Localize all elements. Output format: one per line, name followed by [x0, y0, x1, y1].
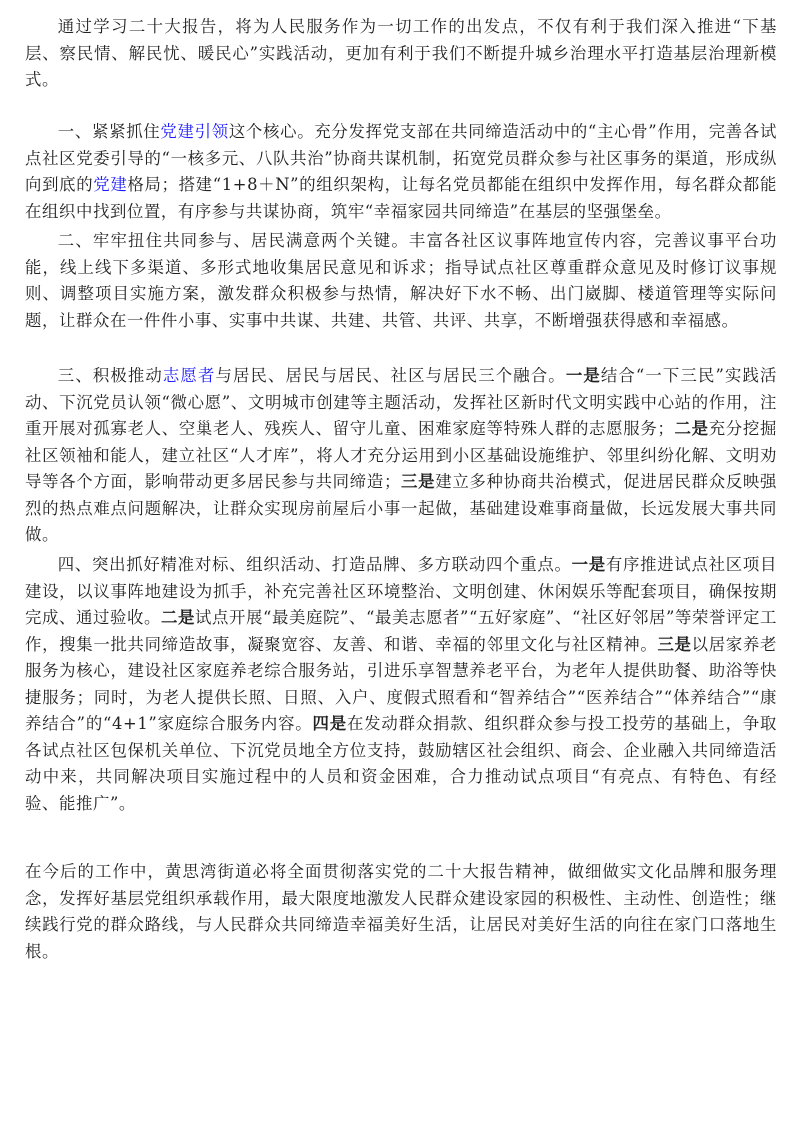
paragraph-section-3: 三、积极推动志愿者与居民、居民与居民、社区与居民三个融合。一是结合“一下三民”实…	[25, 363, 777, 549]
bold-marker: 二是	[161, 608, 195, 627]
keyword-link-party-building[interactable]: 党建	[93, 175, 127, 194]
paragraph-intro: 通过学习二十大报告，将为人民服务作为一切工作的出发点，不仅有利于我们深入推进“下…	[25, 14, 777, 94]
text-segment: 与居民、居民与居民、社区与居民三个融合。	[215, 366, 565, 385]
keyword-link-party-building-leading[interactable]: 党建引领	[160, 122, 228, 141]
paragraph-section-1: 一、紧紧抓住党建引领这个核心。充分发挥党支部在共同缔造活动中的“主心骨”作用，完…	[25, 119, 777, 225]
text-segment: 在今后的工作中，黄思湾街道必将全面贯彻落实党的二十大报告精神，做细做实文化品牌和…	[25, 862, 777, 961]
text-segment: 二、牢牢扭住共同参与、居民满意两个关键。丰富各社区议事阵地宣传内容，完善议事平台…	[25, 231, 777, 330]
text-segment: 格局；搭建“1+8＋N”的组织架构，让每名党员都能在组织中发挥作用，每名群众都能…	[25, 175, 777, 221]
bold-marker: 三是	[657, 635, 691, 654]
paragraph-conclusion: 在今后的工作中，黄思湾街道必将全面贯彻落实党的二十大报告精神，做细做实文化品牌和…	[25, 859, 777, 965]
bold-marker: 三是	[401, 472, 435, 491]
bold-marker: 一是	[572, 555, 606, 574]
bold-marker: 四是	[313, 714, 347, 733]
text-segment: 一、紧紧抓住	[58, 122, 161, 141]
keyword-link-volunteer[interactable]: 志愿者	[163, 366, 216, 385]
paragraph-section-2: 二、牢牢扭住共同参与、居民满意两个关键。丰富各社区议事阵地宣传内容，完善议事平台…	[25, 228, 777, 334]
text-segment: 三、积极推动	[58, 366, 163, 385]
text-segment: 四、突出抓好精准对标、组织活动、打造品牌、多方联动四个重点。	[58, 555, 572, 574]
bold-marker: 一是	[566, 366, 601, 385]
paragraph-section-4: 四、突出抓好精准对标、组织活动、打造品牌、多方联动四个重点。一是有序推进试点社区…	[25, 552, 777, 817]
bold-marker: 二是	[674, 419, 708, 438]
text-segment: 通过学习二十大报告，将为人民服务作为一切工作的出发点，不仅有利于我们深入推进“下…	[25, 17, 777, 89]
